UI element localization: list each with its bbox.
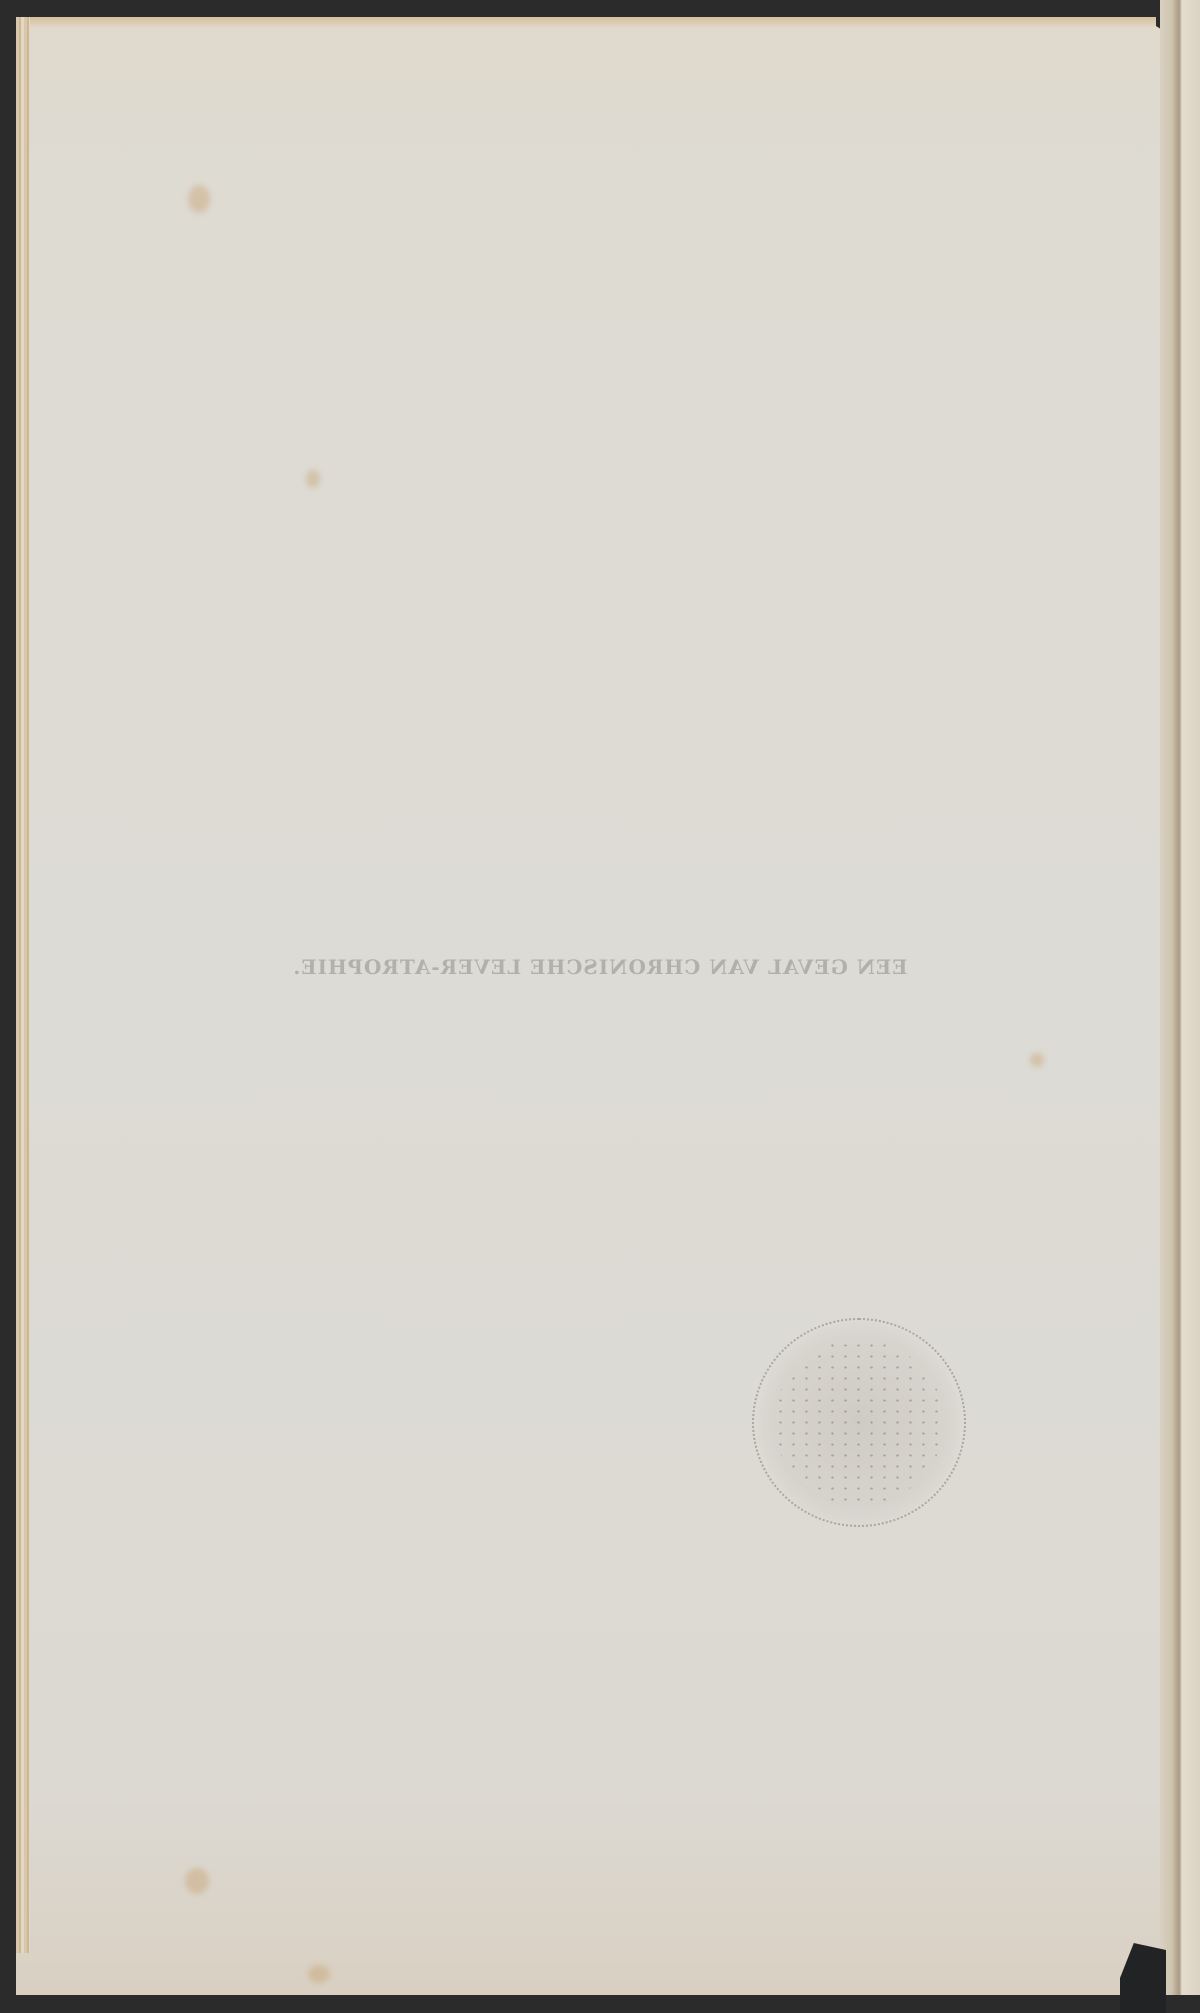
page — [16, 17, 1178, 1995]
scan-background-bottom — [0, 1995, 1200, 2013]
library-stamp — [752, 1318, 966, 1527]
foxing-stain — [1030, 1053, 1044, 1067]
stamp-ink-dots — [774, 1340, 944, 1505]
show-through-line: ​ — [0, 225, 1200, 250]
foxing-stain — [188, 185, 210, 213]
foxing-stain — [185, 1868, 209, 1894]
binding-gutter — [1160, 0, 1200, 2013]
page-left-edge — [16, 17, 30, 1953]
foxing-stain — [308, 1965, 330, 1983]
show-through-title: EEN GEVAL VAN CHRONISCHE LEVER-ATROPHIE. — [0, 955, 1200, 979]
page-top-edge — [16, 17, 1156, 27]
foxing-stain — [306, 470, 320, 488]
